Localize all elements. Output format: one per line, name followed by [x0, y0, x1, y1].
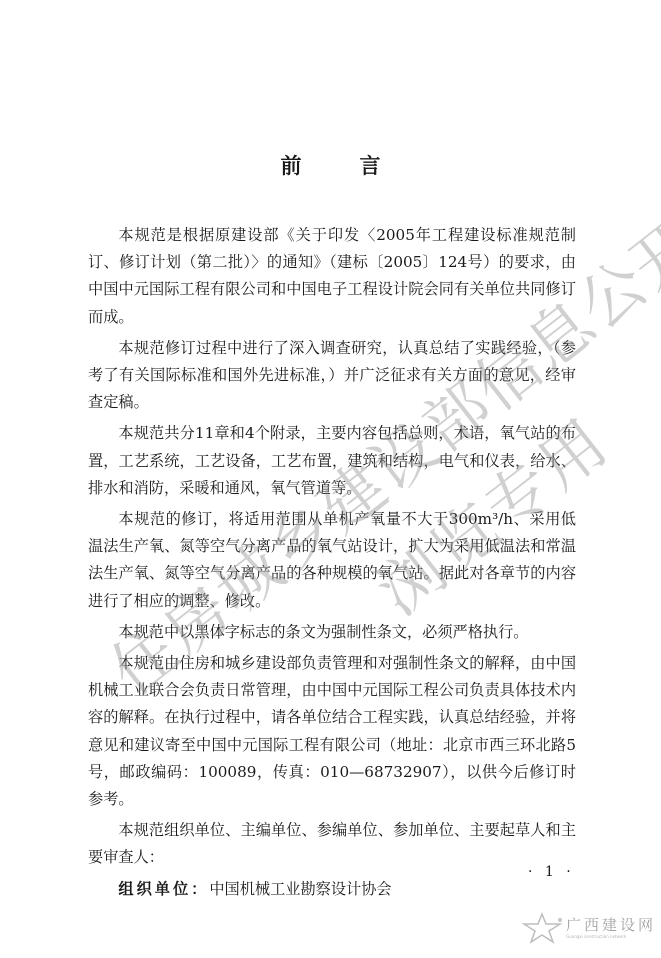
paragraph-management: 本规范由住房和城乡建设部负责管理和对强制性条文的解释，由中国机械工业联合会负责日…: [88, 650, 576, 813]
paragraph-units-intro: 本规范组织单位、主编单位、参编单位、参加单位、主要起草人和主要审查人：: [88, 817, 576, 871]
paragraph-basis: 本规范是根据原建设部《关于印发〈2005年工程建设标准规范制订、修订计划（第二批…: [88, 222, 576, 331]
organizer-line: 组织单位：中国机械工业勘察设计协会: [88, 876, 576, 903]
document-page: 前言 本规范是根据原建设部《关于印发〈2005年工程建设标准规范制订、修订计划（…: [0, 0, 661, 958]
title-char-2: 言: [360, 150, 381, 180]
paragraph-scope: 本规范的修订，将适用范围从单机产氧量不大于300m³/h、采用低温法生产氧、氮等…: [88, 506, 576, 615]
star-logo-icon: [520, 912, 564, 944]
page-number: · 1 ·: [528, 864, 575, 880]
paragraph-revision-process: 本规范修订过程中进行了深入调查研究，认真总结了实践经验，（参考了有关国际标准和国…: [88, 335, 576, 417]
organizer-value: 中国机械工业勘察设计协会: [209, 880, 391, 898]
site-logo: 广西建设网 Guangxi construction network: [520, 910, 660, 950]
organizer-label: 组织单位：: [118, 880, 209, 898]
paragraph-mandatory: 本规范中以黑体字标志的条文为强制性条文，必须严格执行。: [88, 619, 576, 646]
logo-name: 广西建设网: [566, 914, 656, 935]
paragraph-contents: 本规范共分11章和4个附录，主要内容包括总则，术语，氧气站的布置，工艺系统，工艺…: [88, 420, 576, 502]
page-title: 前言: [0, 150, 661, 180]
logo-subtitle: Guangxi construction network: [566, 934, 626, 939]
preface-body: 本规范是根据原建设部《关于印发〈2005年工程建设标准规范制订、修订计划（第二批…: [88, 222, 576, 907]
title-char-1: 前: [281, 150, 302, 180]
